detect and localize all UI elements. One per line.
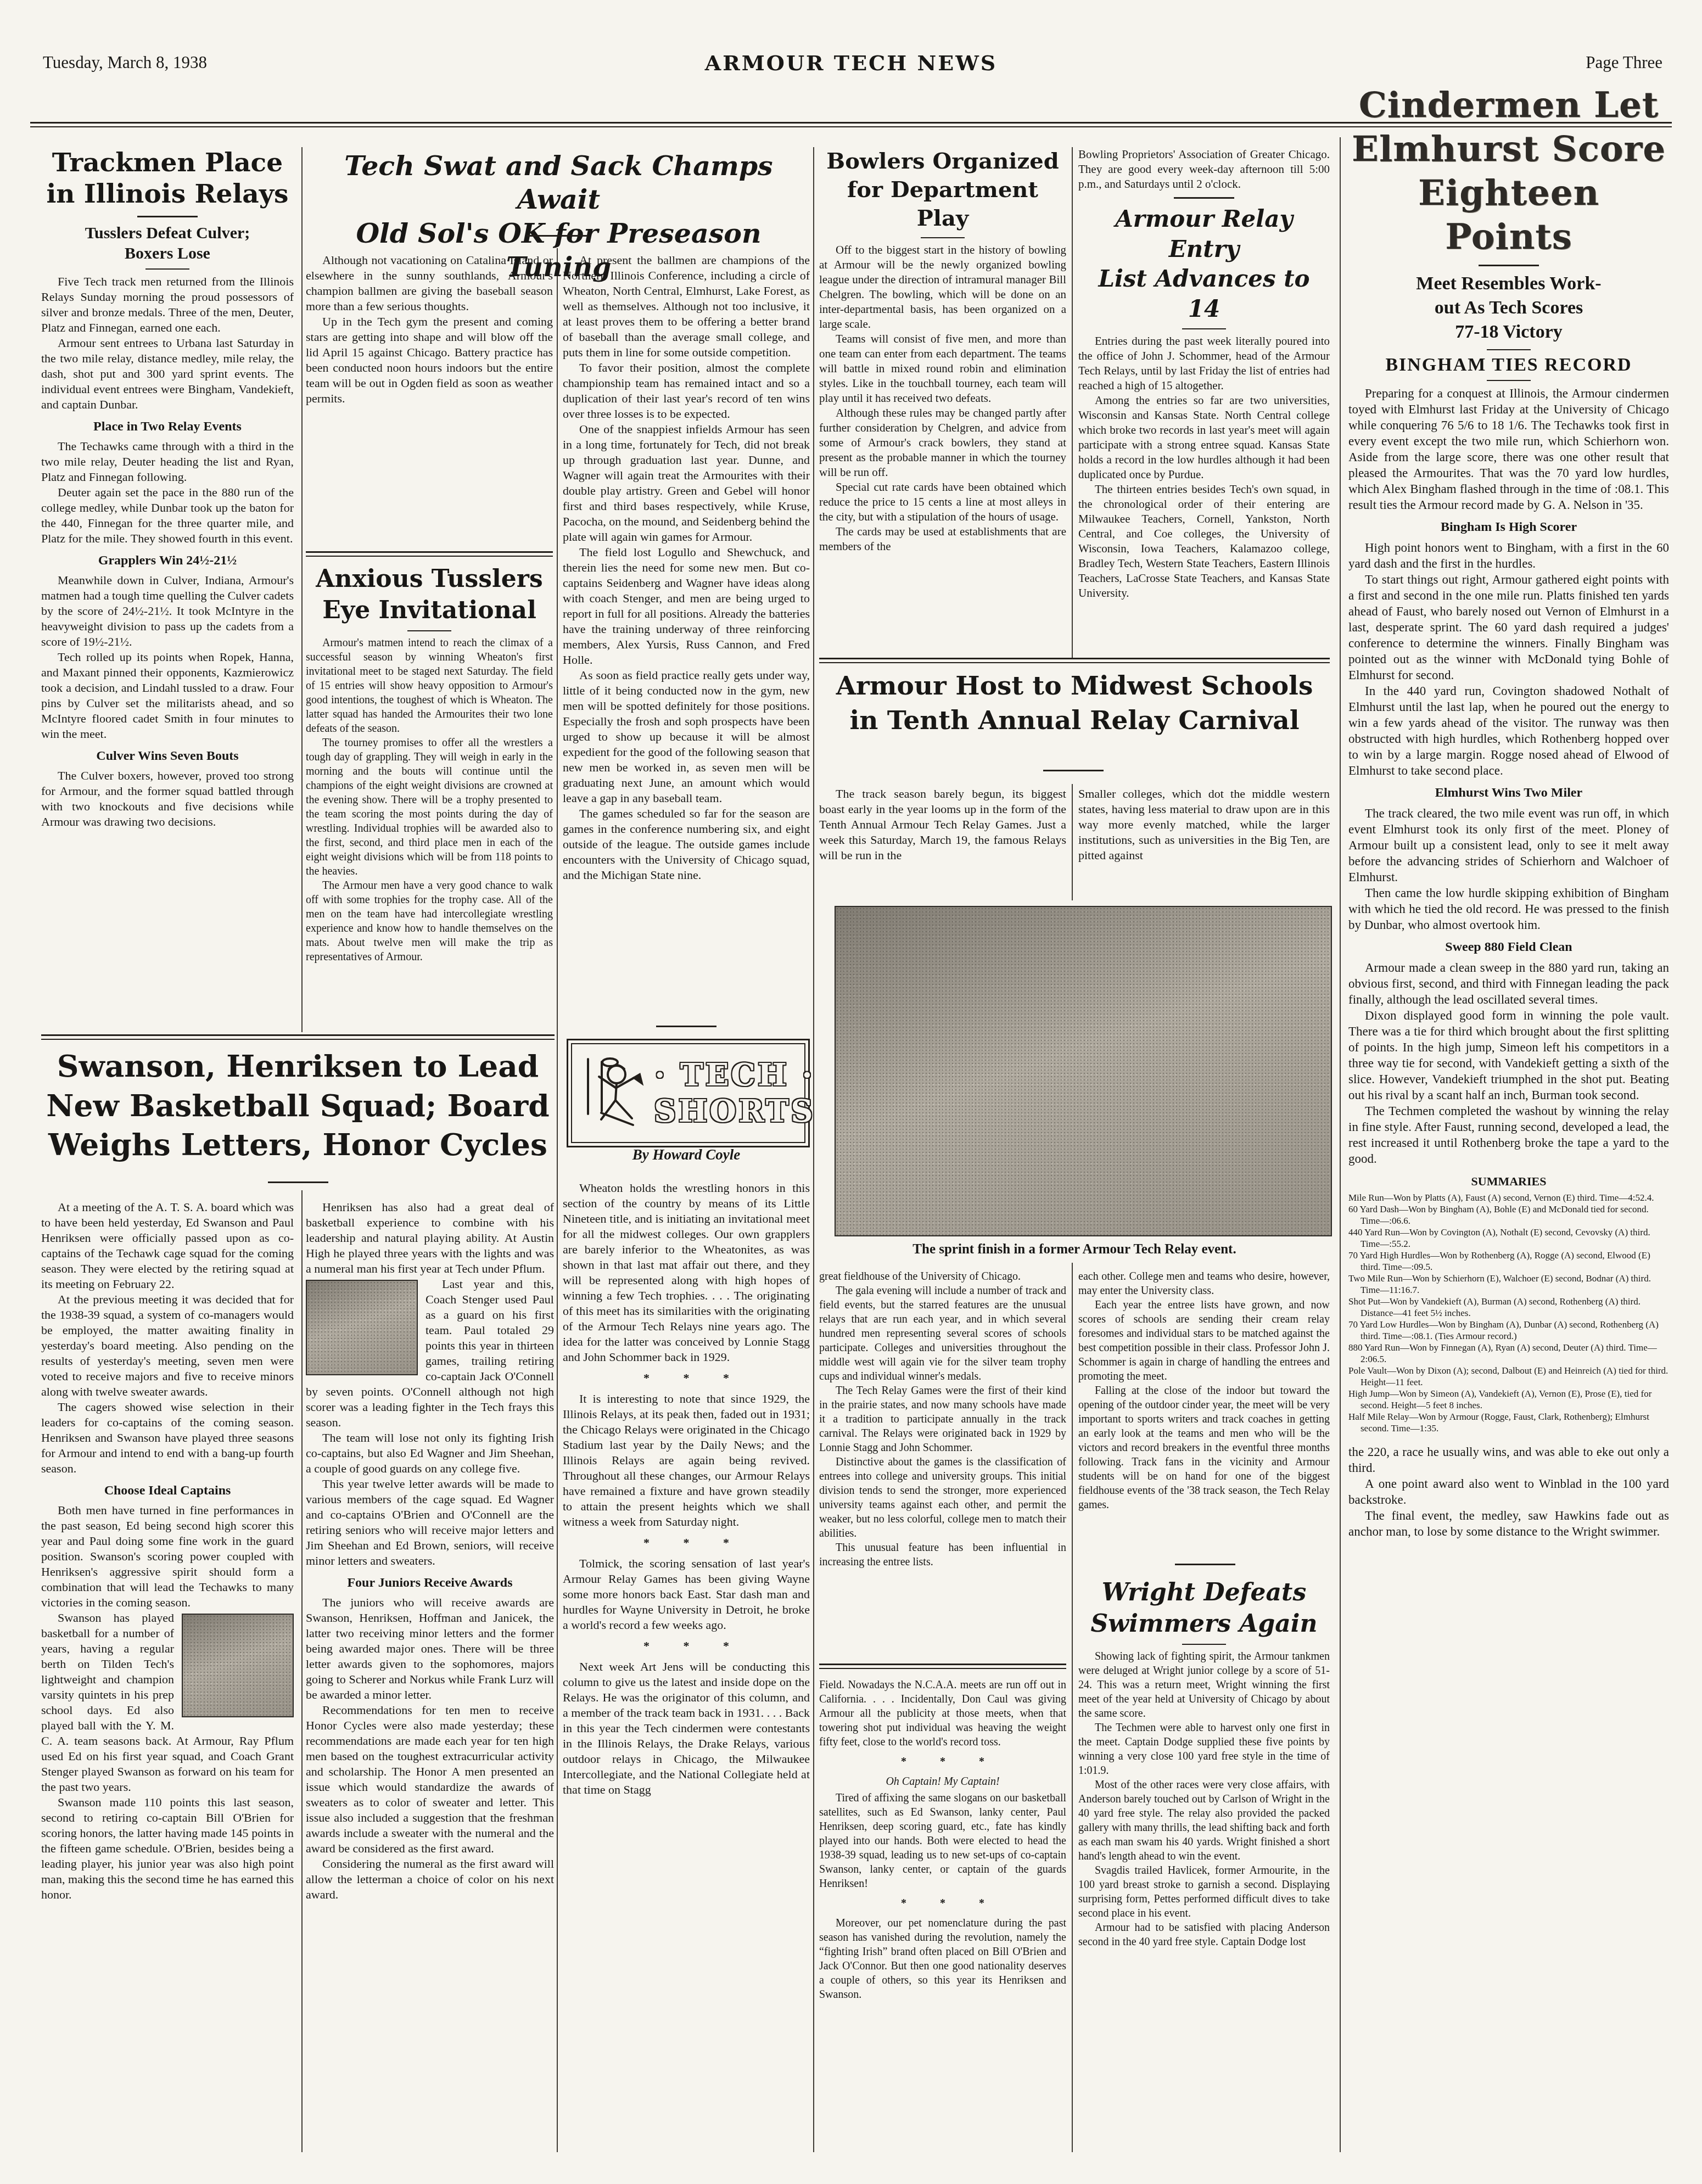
basketball-col2: Henriksen has also had a great deal of b… [306,1200,554,2151]
stars-separator: * * * [563,1370,810,1386]
summary-line: 70 Yard High Hurdles—Won by Rothenberg (… [1348,1250,1669,1273]
bowling-continuation: Bowling Proprietors' Association of Grea… [1078,147,1330,192]
divider [1487,380,1531,381]
article-trackmen: Trackmen Place in Illinois Relays Tussle… [41,147,294,1029]
article-paragraph: The gala evening will include a number o… [819,1284,1066,1384]
article-paragraph: The track cleared, the two mile event wa… [1348,805,1669,885]
tech-shorts-box: · TECH · SHORTS [567,1039,810,1147]
article-paragraph: It is interesting to note that since 192… [563,1391,810,1530]
article-paragraph: Preparing for a conquest at Illinois, th… [1348,385,1669,513]
summaries-title: SUMMARIES [1348,1174,1669,1189]
article-paragraph: Armour sent entrees to Urbana last Satur… [41,335,294,412]
basketball-body-col2a: Henriksen has also had a great deal of b… [306,1200,554,1276]
wright-body: Showing lack of fighting spirit, the Arm… [1078,1649,1330,1949]
divider [137,216,198,217]
article-subhead: Culver Wins Seven Bouts [41,748,294,764]
article-paragraph: The juniors who will receive awards are … [306,1595,554,1703]
article-paragraph: The thirteen entries besides Tech's own … [1078,482,1330,601]
article-paragraph: Teams will consist of five men, and more… [819,332,1066,406]
article-bowlers: Bowlers Organized for Department Play Of… [819,147,1066,655]
stars-separator: * * * [819,1755,1066,1769]
article-paragraph: At present the ballmen are champions of … [563,253,810,360]
article-paragraph: At the previous meeting it was decided t… [41,1292,294,1399]
stars-separator: * * * [819,1896,1066,1911]
relay-entry-body: Entries during the past week literally p… [1078,334,1330,601]
baseball-body-col2: At present the ballmen are champions of … [563,253,810,1016]
article-paragraph: The cagers showed wise selection in thei… [41,1399,294,1476]
summary-line: 70 Yard Low Hurdles—Won by Bingham (A), … [1348,1319,1669,1342]
article-paragraph: the 220, a race he usually wins, and was… [1348,1444,1669,1476]
stars-separator: * * * [563,1535,810,1550]
column-rule [1072,147,1073,658]
wright-headline: Wright Defeats Swimmers Again [1078,1577,1330,1639]
article-paragraph: To start things out right, Armour gather… [1348,572,1669,683]
article-paragraph: The Techmen were able to harvest only on… [1078,1721,1330,1778]
article-paragraph: Five Tech track men returned from the Il… [41,274,294,335]
article-paragraph: Meanwhile down in Culver, Indiana, Armou… [41,573,294,649]
summary-line: Two Mile Run—Won by Schierhorn (E), Walc… [1348,1273,1669,1296]
article-paragraph: Svagdis trailed Havlicek, former Armouri… [1078,1863,1330,1920]
baseball-body-col1: Although not vacationing on Catalina Isl… [306,253,553,549]
column-rule [301,1190,303,2152]
article-paragraph: The track season barely begun, its bigge… [819,786,1066,863]
summary-line: 60 Yard Dash—Won by Bingham (A), Bohle (… [1348,1203,1669,1227]
henriksen-portrait [306,1280,418,1375]
divider [1043,770,1104,771]
article-paragraph: each other. College men and teams who de… [1078,1269,1330,1298]
article-paragraph: The cards may be used at establishments … [819,524,1066,554]
stars-separator: * * * [563,1638,810,1654]
trackmen-body: Five Tech track men returned from the Il… [41,274,294,830]
cindermen-kicker: BINGHAM TIES RECORD [1348,355,1669,376]
article-paragraph: The final event, the medley, saw Hawkins… [1348,1508,1669,1539]
bowlers-body: Off to the biggest start in the history … [819,243,1066,554]
swanson-portrait [182,1614,294,1717]
article-paragraph: Entries during the past week literally p… [1078,334,1330,393]
article-paragraph: This unusual feature has been influentia… [819,1541,1066,1569]
article-paragraph: Field. Nowadays the N.C.A.A. meets are r… [819,1678,1066,1749]
divider [921,237,965,238]
article-paragraph: Swanson made 110 points this last season… [41,1795,294,1902]
basketball-body-col1a: At a meeting of the A. T. S. A. board wh… [41,1200,294,1610]
article-paragraph: Both men have turned in fine performance… [41,1503,294,1610]
divider [819,1664,1066,1669]
article-subhead: Bingham Is High Scorer [1348,519,1669,535]
article-paragraph: Most of the other races were very close … [1078,1778,1330,1863]
divider [1479,265,1539,266]
article-paragraph: In the 440 yard run, Covington shadowed … [1348,683,1669,779]
article-paragraph: Moreover, our pet nomenclature during th… [819,1916,1066,2002]
article-paragraph: Recommendations for ten men to receive H… [306,1703,554,1856]
article-paragraph: The Techawks came through with a third i… [41,439,294,485]
article-relay-entry: Bowling Proprietors' Association of Grea… [1078,147,1330,655]
article-anxious-tusslers: Anxious Tusslers Eye Invitational Armour… [306,563,553,1030]
article-paragraph: The field lost Logullo and Shewchuck, an… [563,545,810,668]
divider [268,1181,328,1183]
host-body-col2b: each other. College men and teams who de… [1078,1269,1330,1549]
article-paragraph: Bowling Proprietors' Association of Grea… [1078,147,1330,192]
article-paragraph: Then came the low hurdle skipping exhibi… [1348,885,1669,933]
article-cindermen: Cindermen Let Elmhurst Score Eighteen Po… [1348,83,1669,2152]
article-paragraph: The games scheduled so far for the seaso… [563,806,810,883]
article-paragraph: Although not vacationing on Catalina Isl… [306,253,553,314]
article-subhead: Four Juniors Receive Awards [306,1575,554,1591]
summary-line: Shot Put—Won by Vandekieft (A), Burman (… [1348,1296,1669,1319]
masthead-page-number: Page Three [1586,53,1662,72]
article-paragraph: Distinctive about the games is the class… [819,1455,1066,1541]
article-paragraph: The Armour men have a very good chance t… [306,878,553,964]
article-paragraph: High point honors went to Bingham, with … [1348,540,1669,572]
summary-line: Mile Run—Won by Platts (A), Faust (A) se… [1348,1192,1669,1203]
article-paragraph: Tolmick, the scoring sensation of last y… [563,1556,810,1633]
column-lead-in: Oh Captain! My Captain! [819,1774,1066,1789]
article-paragraph: The tourney promises to offer all the wr… [306,736,553,878]
article-paragraph: Wheaton holds the wrestling honors in th… [563,1180,810,1365]
host-headline: Armour Host to Midwest Schools in Tenth … [819,669,1330,738]
column-rule [813,147,814,2152]
article-paragraph: Tech rolled up its points when Ropek, Ha… [41,649,294,742]
article-subhead: Grapplers Win 24½-21½ [41,553,294,568]
summary-line: Half Mile Relay—Won by Armour (Rogge, Fa… [1348,1411,1669,1434]
article-paragraph: Tired of affixing the same slogans on ou… [819,1791,1066,1891]
cindermen-body: Preparing for a conquest at Illinois, th… [1348,385,1669,1167]
article-subhead: Place in Two Relay Events [41,419,294,434]
article-subhead: Sweep 880 Field Clean [1348,939,1669,955]
divider [145,268,189,270]
anxious-headline: Anxious Tusslers Eye Invitational [306,563,553,626]
article-paragraph: The Techmen completed the washout by win… [1348,1103,1669,1167]
summary-line: Pole Vault—Won by Dixon (A); second, Dal… [1348,1365,1669,1388]
bowlers-headline: Bowlers Organized for Department Play [819,147,1066,233]
article-paragraph: A one point award also went to Winblad i… [1348,1476,1669,1508]
tech-shorts-title-top: · TECH · [654,1057,815,1093]
article-paragraph: Showing lack of fighting spirit, the Arm… [1078,1649,1330,1721]
divider [819,658,1330,663]
anxious-body: Armour's matmen intend to reach the clim… [306,636,553,964]
trackmen-headline: Trackmen Place in Illinois Relays [41,147,294,210]
column-rule [1072,784,1073,900]
article-paragraph: Next week Art Jens will be conducting th… [563,1659,810,1797]
host-body-col2a: Smaller colleges, which dot the middle w… [1078,786,1330,901]
column-rule [1340,137,1341,2152]
trackmen-subhead: Tusslers Defeat Culver; Boxers Lose [41,223,294,264]
host-body-col1b: great fieldhouse of the University of Ch… [819,1269,1066,1656]
article-paragraph: Up in the Tech gym the present and comin… [306,314,553,406]
article-paragraph: Each year the entree lists have grown, a… [1078,1298,1330,1384]
column-rule [557,248,558,2152]
host-body-col1a: The track season barely begun, its bigge… [819,786,1066,901]
article-wright-swimmers: Wright Defeats Swimmers Again Showing la… [1078,1577,1330,2152]
divider [1182,328,1226,329]
divider [1487,349,1531,350]
swimmers-continuation: the 220, a race he usually wins, and was… [1348,1444,1669,1539]
divider [1182,1644,1226,1645]
article-paragraph: Among the entries so far are two univers… [1078,393,1330,482]
summary-line: 880 Yard Run—Won by Finnegan (A), Ryan (… [1348,1342,1669,1365]
divider [41,1034,555,1040]
basketball-col1: At a meeting of the A. T. S. A. board wh… [41,1200,294,2151]
article-paragraph: The Tech Relay Games were the first of t… [819,1384,1066,1455]
article-paragraph: The Culver boxers, however, proved too s… [41,768,294,830]
summaries-list: Mile Run—Won by Platts (A), Faust (A) se… [1348,1192,1669,1434]
tech-shorts-body-col1: Wheaton holds the wrestling honors in th… [563,1180,810,2152]
article-paragraph: Armour made a clean sweep in the 880 yar… [1348,960,1669,1007]
article-paragraph: This year twelve letter awards will be m… [306,1476,554,1569]
tech-shorts-body-col2: Field. Nowadays the N.C.A.A. meets are r… [819,1678,1066,2150]
article-paragraph: One of the snappiest infields Armour has… [563,422,810,545]
article-paragraph: Henriksen has also had a great deal of b… [306,1200,554,1276]
article-paragraph: Although these rules may be changed part… [819,406,1066,480]
article-paragraph: Armour had to be satisfied with placing … [1078,1920,1330,1949]
tech-shorts-cartoon-icon [577,1048,654,1139]
article-paragraph: At a meeting of the A. T. S. A. board wh… [41,1200,294,1292]
article-paragraph: Considering the numeral as the first awa… [306,1856,554,1902]
divider [656,1026,716,1027]
divider [1174,197,1234,199]
divider [1175,1564,1235,1565]
relay-entry-headline: Armour Relay Entry List Advances to 14 [1078,204,1330,324]
tech-shorts-title-bottom: SHORTS [654,1093,815,1129]
article-paragraph: As soon as field practice really gets un… [563,668,810,806]
newspaper-page: Tuesday, March 8, 1938 ARMOUR TECH NEWS … [0,0,1702,2184]
divider [306,551,553,557]
article-paragraph: Dixon displayed good form in winning the… [1348,1007,1669,1103]
article-paragraph: Off to the biggest start in the history … [819,243,1066,332]
article-subhead: Elmhurst Wins Two Miler [1348,785,1669,801]
masthead-title: ARMOUR TECH NEWS [0,51,1702,75]
column-rule [301,147,303,1032]
divider [527,235,587,237]
cindermen-deck: Meet Resembles Work- out As Tech Scores … [1348,272,1669,345]
basketball-headline: Swanson, Henriksen to Lead New Basketbal… [41,1046,555,1164]
tech-shorts-byline: By Howard Coyle [563,1146,810,1163]
divider [407,630,451,631]
article-paragraph: Deuter again set the pace in the 880 run… [41,485,294,546]
article-paragraph: Falling at the close of the indoor but t… [1078,1384,1330,1512]
article-subhead: Choose Ideal Captains [41,1483,294,1498]
column-rule [1072,1263,1073,2152]
article-paragraph: Armour's matmen intend to reach the clim… [306,636,553,736]
article-paragraph: great fieldhouse of the University of Ch… [819,1269,1066,1284]
relay-photo-caption: The sprint finish in a former Armour Tec… [819,1242,1330,1257]
article-paragraph: To favor their position, almost the comp… [563,360,810,422]
article-paragraph: Smaller colleges, which dot the middle w… [1078,786,1330,863]
article-paragraph: The team will lose not only its fighting… [306,1430,554,1476]
cindermen-headline: Cindermen Let Elmhurst Score Eighteen Po… [1348,83,1669,259]
summary-line: 440 Yard Run—Won by Covington (A), Notha… [1348,1227,1669,1250]
article-paragraph: Special cut rate cards have been obtaine… [819,480,1066,524]
summary-line: High Jump—Won by Simeon (A), Vandekieft … [1348,1388,1669,1411]
relay-sprint-photo [835,906,1332,1236]
